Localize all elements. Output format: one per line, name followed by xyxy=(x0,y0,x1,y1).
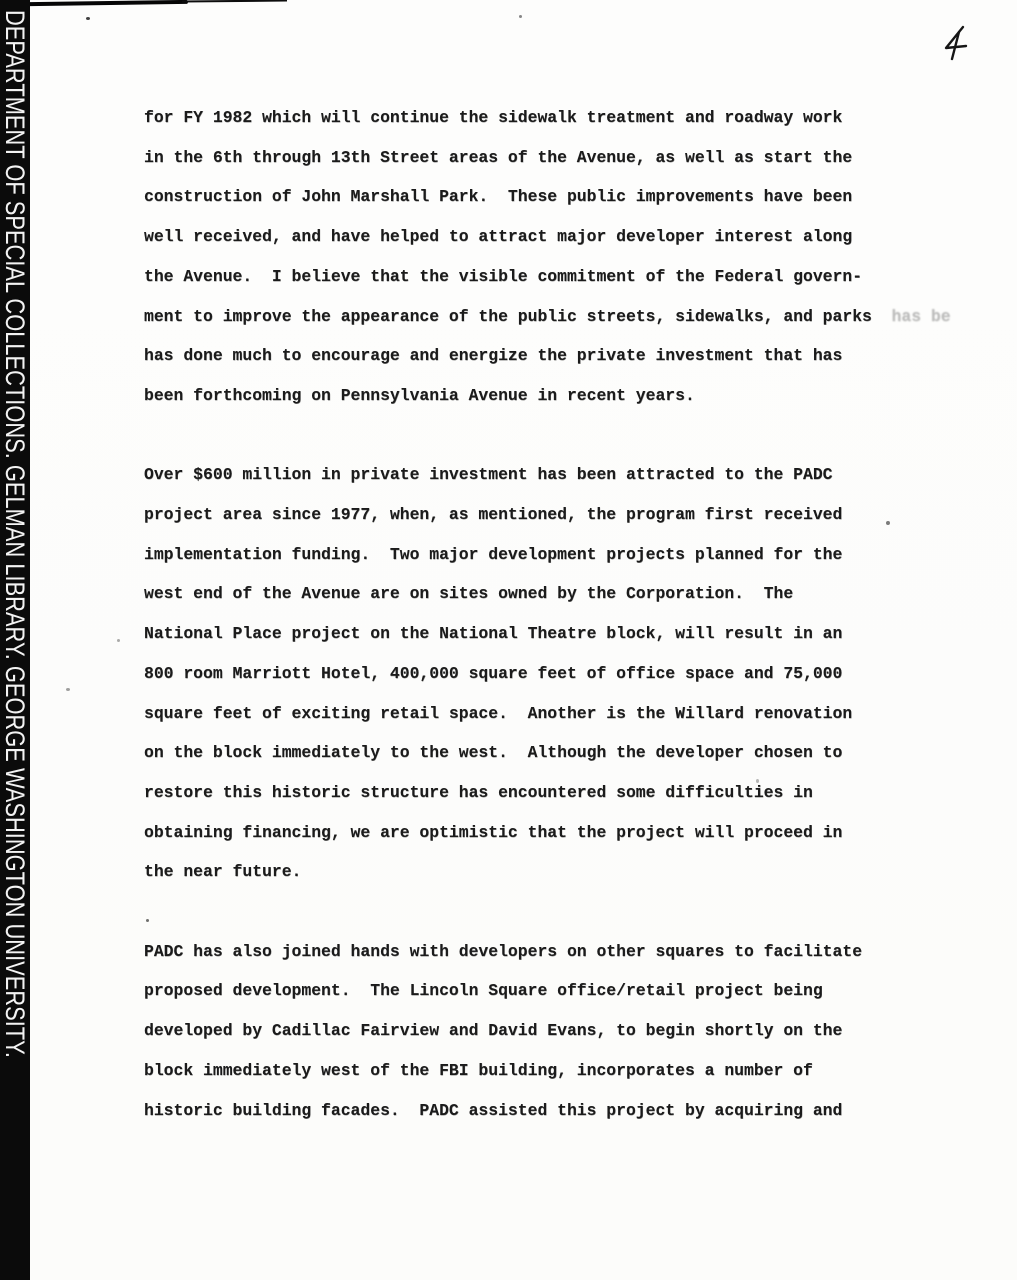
text-line: developed by Cadillac Fairview and David… xyxy=(144,1011,951,1051)
text-line: 800 room Marriott Hotel, 400,000 square … xyxy=(144,654,951,694)
text-line: Over $600 million in private investment … xyxy=(144,455,951,495)
text-line: restore this historic structure has enco… xyxy=(144,773,951,813)
text-line: west end of the Avenue are on sites owne… xyxy=(144,574,951,614)
text-line: for FY 1982 which will continue the side… xyxy=(144,98,951,138)
text-line: been forthcoming on Pennsylvania Avenue … xyxy=(144,376,951,416)
library-stamp-bar: DEPARTMENT OF SPECIAL COLLECTIONS. GELMA… xyxy=(0,0,30,1280)
text-line: PADC has also joined hands with develope… xyxy=(144,932,951,972)
scan-speck xyxy=(519,15,522,18)
text-line: block immediately west of the FBI buildi… xyxy=(144,1051,951,1091)
text-line: in the 6th through 13th Street areas of … xyxy=(144,138,951,178)
paragraph: PADC has also joined hands with develope… xyxy=(144,932,951,1131)
text-line: proposed development. The Lincoln Square… xyxy=(144,971,951,1011)
paragraph: Over $600 million in private investment … xyxy=(144,455,951,892)
text-line: the near future. xyxy=(144,852,951,892)
scan-scratch xyxy=(182,0,287,2)
faded-smudge-text: has be xyxy=(872,307,951,326)
letter-body: for FY 1982 which will continue the side… xyxy=(144,98,951,1130)
text-line: has done much to encourage and energize … xyxy=(144,336,951,376)
text-line: the Avenue. I believe that the visible c… xyxy=(144,257,951,297)
page-number: 4 xyxy=(938,20,978,66)
text-line: ment to improve the appearance of the pu… xyxy=(144,297,951,337)
scan-speck xyxy=(117,639,120,642)
text-line: square feet of exciting retail space. An… xyxy=(144,694,951,734)
text-line: on the block immediately to the west. Al… xyxy=(144,733,951,773)
text-line: National Place project on the National T… xyxy=(144,614,951,654)
text-line: obtaining financing, we are optimistic t… xyxy=(144,813,951,853)
document-page: DEPARTMENT OF SPECIAL COLLECTIONS. GELMA… xyxy=(0,0,1017,1280)
library-stamp-text: DEPARTMENT OF SPECIAL COLLECTIONS. GELMA… xyxy=(0,10,30,1058)
text-line: historic building facades. PADC assisted… xyxy=(144,1091,951,1131)
handwritten-4-glyph xyxy=(938,20,978,66)
text-line: construction of John Marshall Park. Thes… xyxy=(144,177,951,217)
scan-speck xyxy=(66,688,70,691)
scan-scratch xyxy=(28,0,188,6)
text-line: well received, and have helped to attrac… xyxy=(144,217,951,257)
scan-speck xyxy=(86,17,90,20)
text-line: project area since 1977, when, as mentio… xyxy=(144,495,951,535)
text-line: implementation funding. Two major develo… xyxy=(144,535,951,575)
paragraph: for FY 1982 which will continue the side… xyxy=(144,98,951,416)
